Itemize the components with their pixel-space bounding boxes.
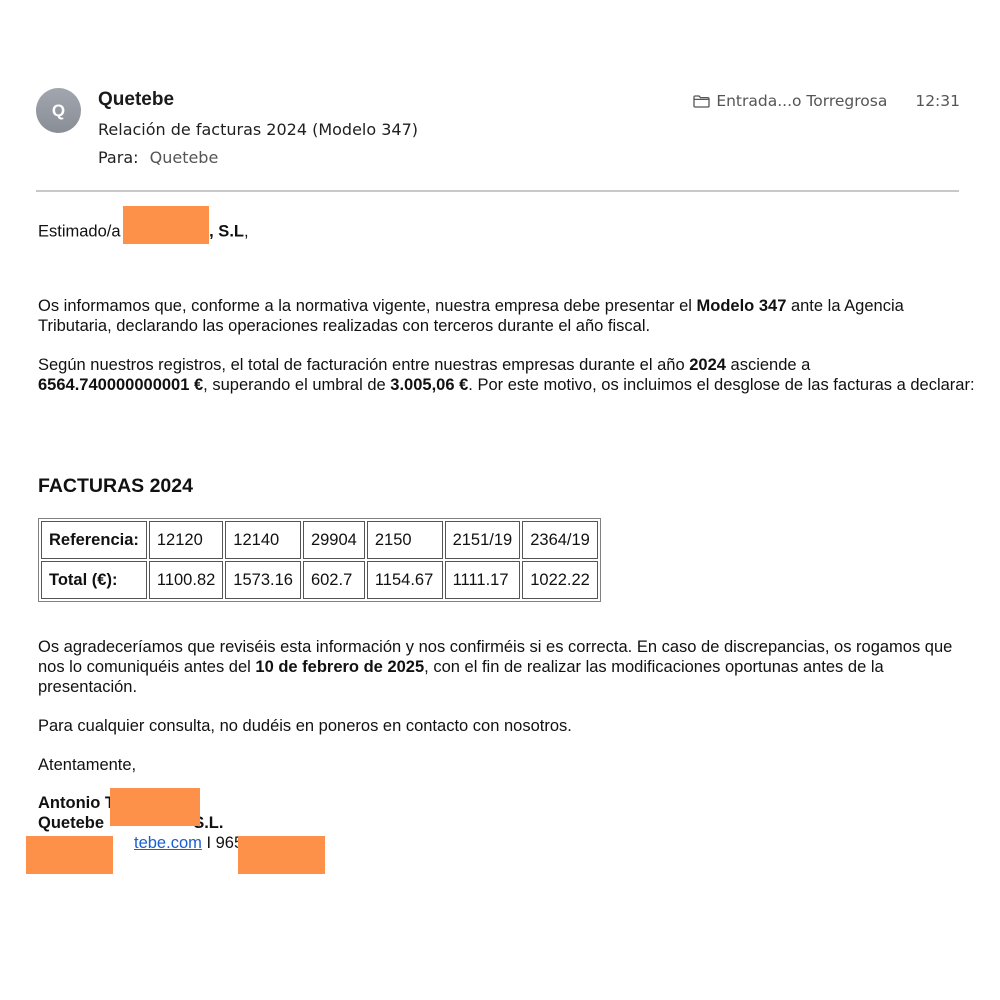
p2-year: 2024	[689, 356, 726, 374]
avatar-initial: Q	[52, 101, 65, 121]
p2-total: 6564.740000000001 €	[38, 376, 203, 394]
table-row: Referencia: 12120 12140 29904 2150 2151/…	[41, 521, 598, 559]
signer-name: Antonio T	[38, 794, 115, 812]
reference-cell: 12140	[225, 521, 301, 559]
redacted-recipient	[123, 206, 209, 244]
p2-text-b: asciende a	[726, 356, 810, 374]
recipient-name[interactable]: Quetebe	[150, 148, 219, 167]
paragraph-confirm: Os agradeceríamos que reviséis esta info…	[38, 637, 978, 697]
reference-cell: 2151/19	[445, 521, 521, 559]
redacted-signer-surname	[110, 788, 200, 826]
greeting: Estimado/a , S.L,	[38, 220, 978, 244]
total-cell: 1022.22	[522, 561, 598, 599]
paragraph-total: Según nuestros registros, el total de fa…	[38, 355, 978, 395]
company-suffix: , S.L	[209, 222, 244, 240]
row-label: Total (€):	[41, 561, 147, 599]
p2-text-a: Según nuestros registros, el total de fa…	[38, 356, 689, 374]
header-divider	[36, 190, 959, 192]
reference-cell: 12120	[149, 521, 223, 559]
p2-text-c: , superando el umbral de	[203, 376, 390, 394]
email-header: Q Quetebe Relación de facturas 2024 (Mod…	[0, 0, 1000, 200]
p1-modelo: Modelo 347	[697, 297, 787, 315]
recipient-row: Para: Quetebe	[98, 148, 218, 167]
row-label: Referencia:	[41, 521, 147, 559]
email-link[interactable]: tebe.com	[134, 834, 202, 852]
paragraph-contact: Para cualquier consulta, no dudéis en po…	[38, 716, 978, 736]
p2-threshold: 3.005,06 €	[390, 376, 468, 394]
reference-cell: 29904	[303, 521, 365, 559]
invoices-table: Referencia: 12120 12140 29904 2150 2151/…	[38, 518, 601, 602]
received-time: 12:31	[915, 92, 960, 110]
sender-avatar: Q	[36, 88, 81, 133]
total-cell: 1100.82	[149, 561, 223, 599]
total-cell: 1573.16	[225, 561, 301, 599]
greeting-prefix: Estimado/a	[38, 222, 121, 240]
email-subject: Relación de facturas 2024 (Modelo 347)	[98, 120, 418, 139]
greeting-comma: ,	[244, 222, 249, 240]
total-cell: 1154.67	[367, 561, 443, 599]
mailbox-name[interactable]: Entrada...o Torregrosa	[716, 92, 887, 110]
p1-text-a: Os informamos que, conforme a la normati…	[38, 297, 697, 315]
company-name: Quetebe	[38, 814, 109, 832]
total-cell: 1111.17	[445, 561, 521, 599]
folder-icon	[693, 95, 710, 108]
sender-name[interactable]: Quetebe	[98, 89, 174, 111]
section-title: FACTURAS 2024	[38, 476, 193, 496]
redacted-email-prefix	[26, 836, 113, 874]
reference-cell: 2364/19	[522, 521, 598, 559]
paragraph-intro: Os informamos que, conforme a la normati…	[38, 296, 978, 336]
total-cell: 602.7	[303, 561, 365, 599]
to-label: Para:	[98, 148, 139, 167]
email-meta: Entrada...o Torregrosa 12:31	[693, 92, 960, 110]
redacted-phone-suffix	[238, 836, 325, 874]
table-row: Total (€): 1100.82 1573.16 602.7 1154.67…	[41, 561, 598, 599]
p2-text-d: . Por este motivo, os incluimos el desgl…	[468, 376, 974, 394]
reference-cell: 2150	[367, 521, 443, 559]
closing: Atentamente,	[38, 755, 978, 775]
p3-deadline: 10 de febrero de 2025	[255, 658, 424, 676]
